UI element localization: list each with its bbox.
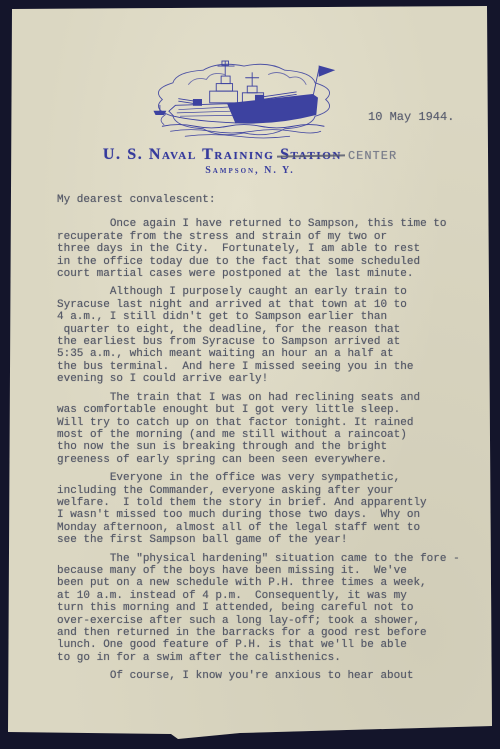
paragraph-4: Everyone in the office was very sympathe…	[57, 472, 485, 546]
paragraph-2: Although I purposely caught an early tra…	[57, 286, 485, 385]
paragraph-3: The train that I was on had reclining se…	[57, 392, 485, 466]
scanned-letter: U. S. Naval Training StationCENTER Samps…	[0, 0, 500, 749]
paragraph-5: The "physical hardening" situation came …	[57, 553, 485, 665]
letter-body: My dearest convalescent: Once again I ha…	[57, 194, 485, 683]
battleship-illustration-icon	[146, 56, 342, 148]
letter-date: 10 May 1944.	[368, 110, 454, 124]
org-name-prefix: U. S. Naval Training	[103, 146, 280, 163]
org-name-typed-correction: CENTER	[348, 149, 397, 163]
letterhead-location: Sampson, N. Y.	[0, 165, 500, 176]
paragraph-1: Once again I have returned to Sampson, t…	[57, 218, 485, 280]
letterhead-org-name: U. S. Naval Training StationCENTER	[0, 146, 500, 164]
org-name-struck-word: Station	[280, 146, 342, 164]
letter-paper: U. S. Naval Training StationCENTER Samps…	[0, 0, 500, 749]
paragraph-6: Of course, I know you're anxious to hear…	[57, 670, 485, 682]
salutation: My dearest convalescent:	[57, 194, 485, 206]
